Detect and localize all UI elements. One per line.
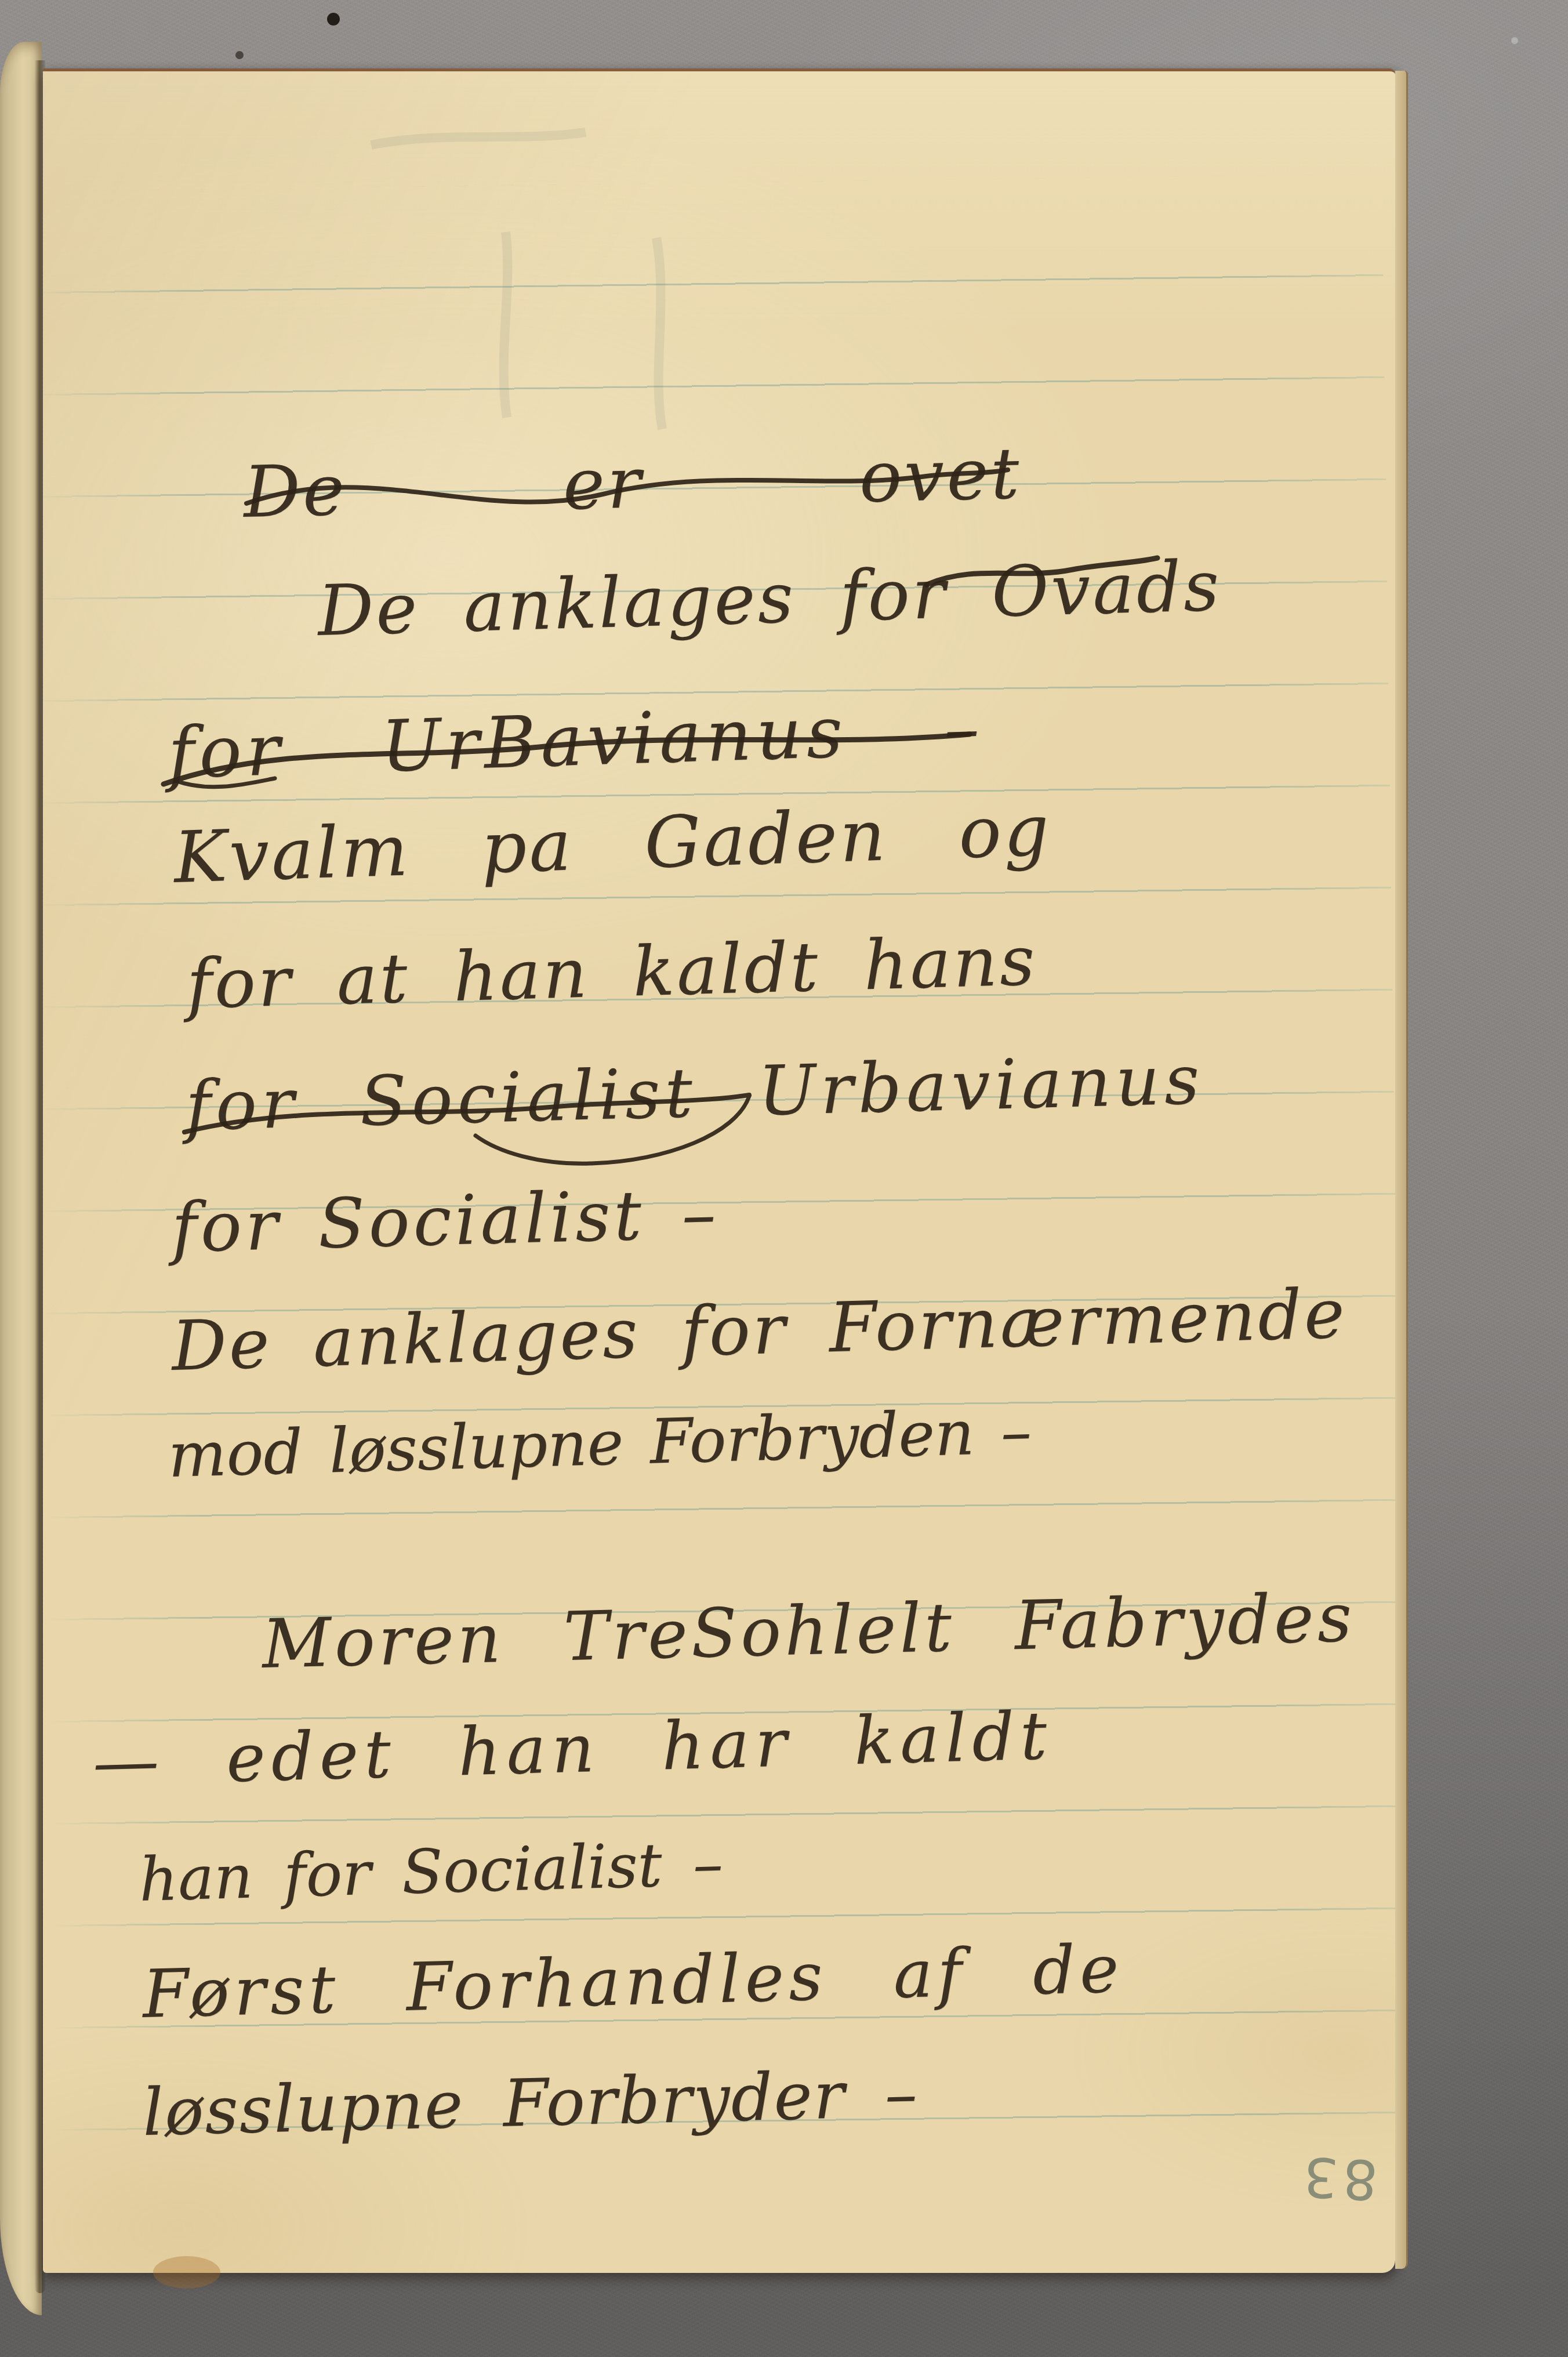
- page-edge-right: [1395, 71, 1408, 2269]
- photo-background-felt: De er ovet De anklages for Ovads for UrB…: [0, 0, 1568, 2357]
- handwritten-line: for Socialist –: [170, 1173, 720, 1268]
- page-number-pencil: 83: [1297, 2144, 1379, 2211]
- ink-speck: [235, 13, 1518, 59]
